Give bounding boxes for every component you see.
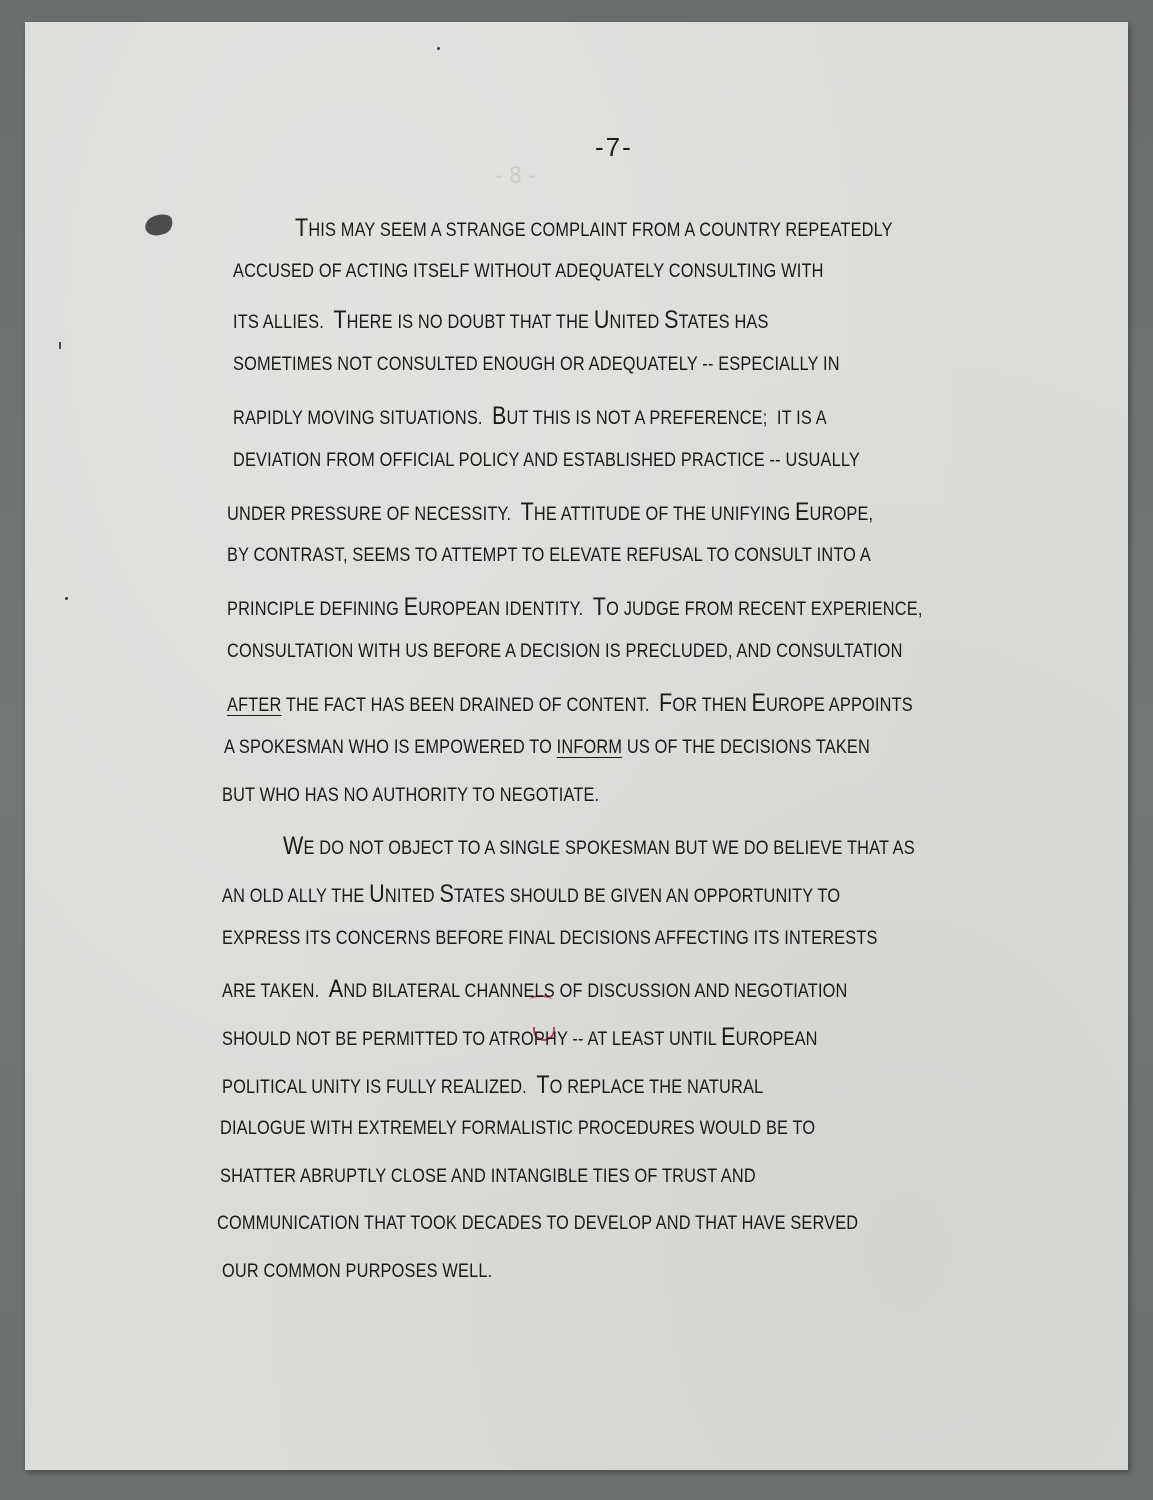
text-segment: ACCUSED OF ACTING ITSELF WITHOUT ADEQUAT… bbox=[233, 261, 824, 282]
text-segment: THE FACT HAS BEEN DRAINED OF CONTENT. bbox=[281, 695, 659, 716]
text-segment: DIALOGUE WITH EXTREMELY FORMALISTIC PROC… bbox=[220, 1118, 815, 1139]
margin-dot bbox=[65, 597, 68, 600]
text-segment: OUR COMMON PURPOSES WELL. bbox=[222, 1261, 492, 1282]
text-segment: SOMETIMES NOT CONSULTED ENOUGH OR ADEQUA… bbox=[233, 354, 840, 375]
page-number: -7- bbox=[595, 132, 633, 163]
text-line: ITS ALLIES. THERE IS NO DOUBT THAT THE U… bbox=[233, 306, 769, 335]
text-segment: SHOULD NOT BE PERMITTED TO ATROPHY -- AT… bbox=[222, 1029, 721, 1050]
text-segment: AN OLD ALLY THE bbox=[222, 886, 369, 907]
text-segment: CONSULTATION WITH US BEFORE A DECISION I… bbox=[227, 641, 903, 662]
text-line: DEVIATION FROM OFFICIAL POLICY AND ESTAB… bbox=[233, 450, 860, 472]
initial-capital: U bbox=[369, 880, 385, 908]
initial-capital: F bbox=[659, 689, 672, 717]
initial-capital: S bbox=[439, 880, 454, 908]
initial-capital: E bbox=[752, 689, 767, 717]
text-line: ACCUSED OF ACTING ITSELF WITHOUT ADEQUAT… bbox=[233, 261, 824, 283]
text-segment: UT THIS IS NOT A PREFERENCE; IT IS A bbox=[507, 408, 827, 429]
text-segment: O JUDGE FROM RECENT EXPERIENCE, bbox=[606, 599, 922, 620]
text-line: AFTER THE FACT HAS BEEN DRAINED OF CONTE… bbox=[227, 689, 913, 718]
text-line: THIS MAY SEEM A STRANGE COMPLAINT FROM A… bbox=[295, 214, 893, 243]
text-segment: RAPIDLY MOVING SITUATIONS. bbox=[233, 408, 492, 429]
text-line: SHATTER ABRUPTLY CLOSE AND INTANGIBLE TI… bbox=[220, 1166, 756, 1188]
text-segment: SHATTER ABRUPTLY CLOSE AND INTANGIBLE TI… bbox=[220, 1166, 756, 1187]
text-segment: ND BILATERAL CHANNELS OF DISCUSSION AND … bbox=[343, 981, 847, 1002]
text-segment: TATES HAS bbox=[679, 312, 769, 333]
text-segment: EXPRESS ITS CONCERNS BEFORE FINAL DECISI… bbox=[222, 928, 878, 949]
text-line: RAPIDLY MOVING SITUATIONS. BUT THIS IS N… bbox=[233, 402, 827, 431]
text-line: COMMUNICATION THAT TOOK DECADES TO DEVEL… bbox=[217, 1213, 858, 1235]
initial-capital: S bbox=[664, 306, 679, 334]
initial-capital: T bbox=[333, 306, 346, 334]
underlined-emphasis: INFORM bbox=[557, 737, 622, 758]
text-segment: BUT WHO HAS NO AUTHORITY TO NEGOTIATE. bbox=[222, 785, 599, 806]
text-line: OUR COMMON PURPOSES WELL. bbox=[222, 1261, 492, 1283]
text-segment: O REPLACE THE NATURAL bbox=[550, 1077, 764, 1098]
bleed-through-page-number: - 8 - bbox=[495, 162, 537, 190]
text-segment: UROPE APPOINTS bbox=[766, 695, 913, 716]
text-segment: TATES SHOULD BE GIVEN AN OPPORTUNITY TO bbox=[454, 886, 840, 907]
text-segment: NITED bbox=[385, 886, 440, 907]
text-line: UNDER PRESSURE OF NECESSITY. THE ATTITUD… bbox=[227, 498, 873, 527]
text-segment: NITED bbox=[610, 312, 665, 333]
text-segment: US OF THE DECISIONS TAKEN bbox=[622, 737, 870, 758]
text-line: AN OLD ALLY THE UNITED STATES SHOULD BE … bbox=[222, 880, 840, 909]
text-segment: PRINCIPLE DEFINING bbox=[227, 599, 404, 620]
text-line: CONSULTATION WITH US BEFORE A DECISION I… bbox=[227, 641, 903, 663]
initial-capital: W bbox=[283, 832, 303, 860]
text-segment: ITS ALLIES. bbox=[233, 312, 333, 333]
top-dot bbox=[437, 47, 440, 50]
initial-capital: T bbox=[521, 498, 534, 526]
text-segment: HERE IS NO DOUBT THAT THE bbox=[347, 312, 594, 333]
text-segment: A SPOKESMAN WHO IS EMPOWERED TO bbox=[224, 737, 557, 758]
underlined-emphasis: AFTER bbox=[227, 695, 281, 716]
ink-blot bbox=[143, 211, 176, 239]
initial-capital: T bbox=[536, 1071, 549, 1099]
initial-capital: T bbox=[295, 214, 308, 242]
text-segment: UROPE, bbox=[810, 504, 874, 525]
text-line: BY CONTRAST, SEEMS TO ATTEMPT TO ELEVATE… bbox=[227, 545, 871, 567]
text-segment: UROPEAN IDENTITY. bbox=[418, 599, 593, 620]
initial-capital: B bbox=[492, 402, 507, 430]
text-segment: OR THEN bbox=[672, 695, 751, 716]
text-line: DIALOGUE WITH EXTREMELY FORMALISTIC PROC… bbox=[220, 1118, 815, 1140]
text-line: WE DO NOT OBJECT TO A SINGLE SPOKESMAN B… bbox=[283, 832, 915, 861]
text-line: BUT WHO HAS NO AUTHORITY TO NEGOTIATE. bbox=[222, 785, 599, 807]
document-page: - 8 - -7- THIS MAY SEEM A STRANGE COMPLA… bbox=[25, 22, 1128, 1470]
initial-capital: E bbox=[404, 593, 419, 621]
initial-capital: A bbox=[329, 975, 344, 1003]
text-segment: HE ATTITUDE OF THE UNIFYING bbox=[534, 504, 795, 525]
text-segment: UROPEAN bbox=[736, 1029, 818, 1050]
initial-capital: U bbox=[594, 306, 610, 334]
text-segment: HIS MAY SEEM A STRANGE COMPLAINT FROM A … bbox=[308, 220, 892, 241]
text-line: SHOULD NOT BE PERMITTED TO ATROPHY -- AT… bbox=[222, 1023, 818, 1052]
initial-capital: E bbox=[721, 1023, 736, 1051]
text-line: SOMETIMES NOT CONSULTED ENOUGH OR ADEQUA… bbox=[233, 354, 840, 376]
text-segment: UNDER PRESSURE OF NECESSITY. bbox=[227, 504, 521, 525]
text-line: ARE TAKEN. AND BILATERAL CHANNELS OF DIS… bbox=[222, 975, 848, 1004]
text-line: EXPRESS ITS CONCERNS BEFORE FINAL DECISI… bbox=[222, 928, 878, 950]
text-line: POLITICAL UNITY IS FULLY REALIZED. TO RE… bbox=[222, 1071, 763, 1100]
initial-capital: E bbox=[795, 498, 810, 526]
text-segment: COMMUNICATION THAT TOOK DECADES TO DEVEL… bbox=[217, 1213, 858, 1234]
text-segment: POLITICAL UNITY IS FULLY REALIZED. bbox=[222, 1077, 536, 1098]
text-segment: BY CONTRAST, SEEMS TO ATTEMPT TO ELEVATE… bbox=[227, 545, 871, 566]
text-line: A SPOKESMAN WHO IS EMPOWERED TO INFORM U… bbox=[224, 737, 870, 759]
text-segment: ARE TAKEN. bbox=[222, 981, 329, 1002]
initial-capital: T bbox=[593, 593, 606, 621]
text-line: PRINCIPLE DEFINING EUROPEAN IDENTITY. TO… bbox=[227, 593, 923, 622]
margin-tick-mark bbox=[59, 342, 61, 349]
text-segment: DEVIATION FROM OFFICIAL POLICY AND ESTAB… bbox=[233, 450, 860, 471]
text-segment: E DO NOT OBJECT TO A SINGLE SPOKESMAN BU… bbox=[303, 838, 914, 859]
